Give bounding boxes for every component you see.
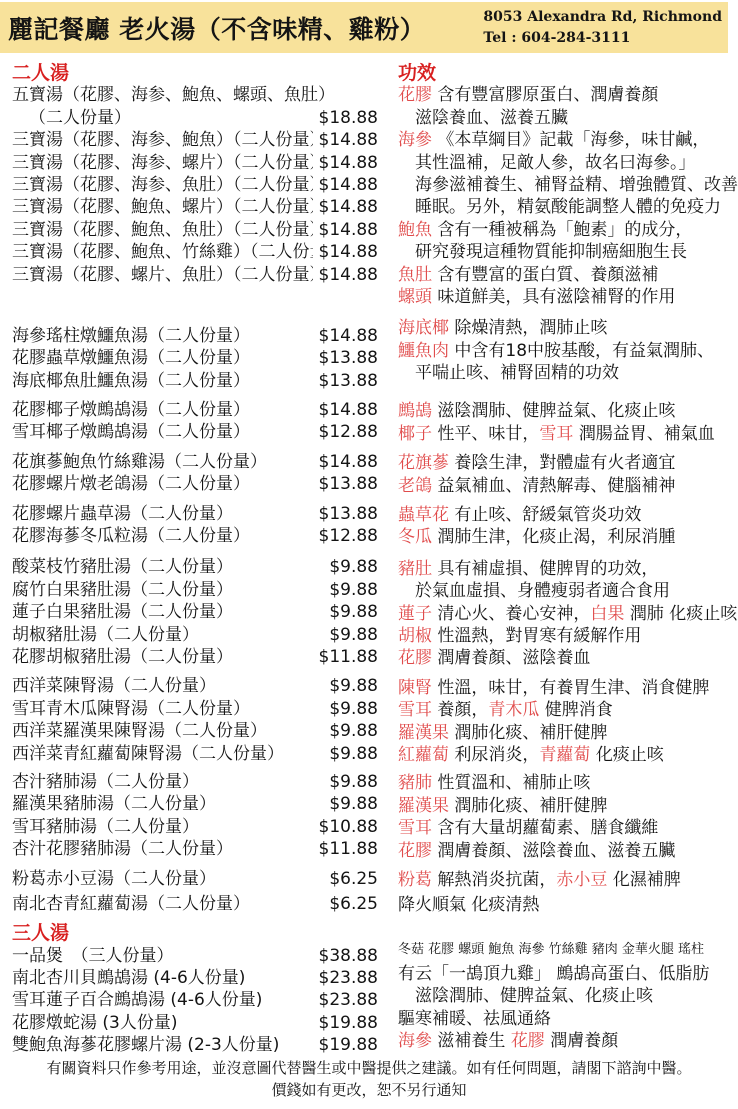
menu-page: 麗記餐廳 老火湯（不含味精、雞粉） 8053 Alexandra Rd, Ric… [0,0,738,1109]
menu-item-row: 三寶湯（花膠、鮑魚、螺片）（二人份量）$14.88 [12,196,378,218]
item-price: $14.88 [313,325,378,347]
item-name: 三寶湯（花膠、鮑魚、魚肚）（二人份量） [12,219,313,241]
item-price: $14.88 [313,152,378,174]
benefit-text: 潤膚養顏、滋陰養血 [437,648,590,668]
menu-item-row: 三寶湯（花膠、海参、鮑魚）（二人份量）$14.88 [12,129,378,151]
menu-item-row: 花膠螺片燉老鴿湯（二人份量）$13.88 [12,473,378,495]
ingredient-term: 老鴿 [398,476,437,496]
menu-item-row: 海參瑤柱燉鱷魚湯（二人份量）$14.88 [12,325,378,347]
benefit-row: 魚肚 含有豐富的蛋白質、養顏滋補 [398,264,736,286]
item-price: $9.88 [323,579,378,601]
ingredient-term: 青木瓜 [488,700,544,720]
benefit-text: 驅寒補暖、祛風通絡 [398,1009,551,1029]
item-name: 酸菜枝竹豬肚湯（二人份量） [12,556,233,578]
benefit-row: 研究發現這種物質能抑制癌細胞生長 [398,241,736,263]
benefit-row: 花膠 潤膚養顏、滋陰養血、滋養五臟 [398,840,736,862]
benefit-row: 羅漢果 潤肺化痰、補肝健脾 [398,795,736,817]
item-price: $6.25 [323,893,378,915]
item-name: 花膠螺片蟲草湯（二人份量） [12,503,233,525]
restaurant-address: 8053 Alexandra Rd, Richmond Tel : 604-28… [483,7,728,48]
disclaimer-line-2: 價錢如有更改，恕不另行通知 [0,1079,738,1101]
benefit-text: 潤肺化痰、補肝健脾 [454,723,607,743]
disclaimer-line-1: 有關資料只作參考用途，並沒意圖代替醫生或中醫提供之建議。如有任何問題，請閣下諮詢… [0,1057,738,1079]
section-heading: 功效 [398,62,736,84]
item-name: 羅漢果豬肺湯（二人份量） [12,793,216,815]
item-name: 一品煲 （三人份量） [12,945,174,967]
benefit-row: 降火順氣 化痰清熱 [398,894,736,916]
disclaimer-footer: 有關資料只作參考用途，並沒意圖代替醫生或中醫提供之建議。如有任何問題，請閣下諮詢… [0,1057,738,1101]
item-price: $12.88 [313,421,378,443]
ingredient-term: 胡椒 [398,626,437,646]
benefit-text: 滋陰養血、滋養五臟 [415,108,568,128]
benefit-text: 海參滋補養生、補腎益精、增強體質、改善 [415,175,738,195]
benefit-text: 潤膚養顏 [550,1031,618,1051]
ingredient-term: 鷓鴣 [398,401,437,421]
item-price: $14.88 [313,399,378,421]
menu-item-row: 花膠燉蛇湯 (3人份量)$19.88 [12,1012,378,1034]
item-price: $11.88 [313,646,378,668]
item-price: $23.88 [313,967,378,989]
item-name: 蓮子白果豬肚湯（二人份量） [12,601,233,623]
item-name: 南北杏川貝鷓鴣湯 (4-6人份量) [12,967,245,989]
benefit-row: 海參 滋補養生 花膠 潤膚養顏 [398,1030,736,1052]
item-price: $14.88 [313,129,378,151]
ingredient-term: 豬肺 [398,773,437,793]
benefit-row: 豬肺 性質溫和、補肺止咳 [398,772,736,794]
ingredient-term: 蓮子 [398,604,437,624]
menu-item-row: 酸菜枝竹豬肚湯（二人份量）$9.88 [12,556,378,578]
item-price: $19.88 [313,1012,378,1034]
menu-item-row: 五寶湯（花膠、海参、鮑魚、螺頭、魚肚） [12,84,378,106]
ingredient-term: 海參 [398,130,437,150]
item-price: $9.88 [323,556,378,578]
benefit-row: 於氣血虛損、身體瘦弱者適合食用 [398,580,736,602]
benefit-row: 花膠 含有豐富膠原蛋白、潤膚養顏 [398,84,736,106]
item-price: $13.88 [313,473,378,495]
item-name: 南北杏青紅蘿蔔湯（二人份量） [12,893,250,915]
menu-item-row: 西洋菜陳腎湯（二人份量）$9.88 [12,675,378,697]
item-name: 花膠海蔘冬瓜粒湯（二人份量） [12,525,250,547]
benefit-text: 於氣血虛損、身體瘦弱者適合食用 [415,581,670,601]
menu-item-row: 西洋菜青紅蘿蔔陳腎湯（二人份量）$9.88 [12,743,378,765]
ingredient-term: 花膠 [398,841,437,861]
item-price: $14.88 [313,174,378,196]
benefit-text: 含有一種被稱為「鮑素」的成分， [437,220,692,240]
benefit-text: 含有豐富膠原蛋白、潤膚養顏 [437,85,658,105]
ingredient-term: 羅漢果 [398,723,454,743]
ingredient-term: 赤小豆 [556,870,612,890]
benefit-row: 冬瓜 潤肺生津，化痰止渴，利尿消腫 [398,526,736,548]
menu-item-row: 花膠蟲草燉鱷魚湯（二人份量）$13.88 [12,347,378,369]
menu-item-row: 三寶湯（花膠、鮑魚、魚肚）（二人份量）$14.88 [12,219,378,241]
benefit-text: 具有補虛損、健脾胃的功效， [437,559,658,579]
item-price: $9.88 [323,601,378,623]
item-price: $9.88 [323,771,378,793]
item-price [372,84,378,106]
item-price: $14.88 [313,241,378,263]
item-price: $9.88 [323,743,378,765]
benefit-text: 滋補養生 [437,1031,510,1051]
menu-item-row: 花旗蔘鮑魚竹絲雞湯（二人份量）$14.88 [12,451,378,473]
benefit-text: 其性溫補，足敵人參，故名曰海參。」 [415,153,696,173]
benefit-row: 雪耳 含有大量胡蘿蔔素、膳食纖維 [398,817,736,839]
item-price: $12.88 [313,525,378,547]
item-name: 胡椒豬肚湯（二人份量） [12,624,199,646]
benefit-row: 蟲草花 有止咳、舒緩氣管炎功效 [398,504,736,526]
ingredient-term: 青蘿蔔 [539,745,595,765]
benefit-row: 蓮子 清心火、養心安神，白果 潤肺 化痰止咳 [398,603,736,625]
menu-item-row: 花膠海蔘冬瓜粒湯（二人份量）$12.88 [12,525,378,547]
benefit-row: 螺頭 味道鮮美，具有滋陰補腎的作用 [398,286,736,308]
benefit-text: 益氣補血、清熱解毒、健腦補神 [437,476,675,496]
item-price: $9.88 [323,624,378,646]
address-line: 8053 Alexandra Rd, Richmond [483,7,722,27]
benefit-text: 潤膚養顏、滋陰養血、滋養五臟 [437,841,675,861]
benefit-text: 潤肺 化痰止咳 [630,604,737,624]
benefit-row: 鮑魚 含有一種被稱為「鮑素」的成分， [398,219,736,241]
ingredient-term: 羅漢果 [398,796,454,816]
ingredient-term: 魚肚 [398,265,437,285]
benefit-text: 含有大量胡蘿蔔素、膳食纖維 [437,818,658,838]
item-price: $6.25 [323,868,378,890]
item-price: $13.88 [313,347,378,369]
menu-item-row: 一品煲 （三人份量）$38.88 [12,945,378,967]
ingredient-term: 椰子 [398,424,437,444]
ingredient-term: 雪耳 [398,700,437,720]
ingredient-term: 蟲草花 [398,505,454,525]
benefit-row: 羅漢果 潤肺化痰、補肝健脾 [398,722,736,744]
menu-item-row: 杏汁豬肺湯（二人份量）$9.88 [12,771,378,793]
item-name: 三寶湯（花膠、螺片、魚肚）（二人份量） [12,264,313,286]
menu-item-row: 花膠螺片蟲草湯（二人份量）$13.88 [12,503,378,525]
ingredient-term: 雪耳 [539,424,578,444]
menu-item-row: 南北杏青紅蘿蔔湯（二人份量）$6.25 [12,893,378,915]
benefit-text: 健脾消食 [545,700,613,720]
ingredient-term: 白果 [590,604,629,624]
menu-item-row: 三寶湯（花膠、海参、魚肚）（二人份量）$14.88 [12,174,378,196]
benefit-text: 《本草綱目》記載「海參，味甘鹹， [437,130,709,150]
menu-item-row: 腐竹白果豬肚湯（二人份量）$9.88 [12,579,378,601]
item-name: 花膠胡椒豬肚湯（二人份量） [12,646,233,668]
ingredient-term: 花膠 [398,648,437,668]
item-price: $19.88 [313,1034,378,1056]
header-band: 麗記餐廳 老火湯（不含味精、雞粉） 8053 Alexandra Rd, Ric… [0,2,728,53]
benefit-row: 有云「一鴣頂九雞」 鷓鴣高蛋白、低脂肪 [398,963,736,985]
menu-item-row: 蓮子白果豬肚湯（二人份量）$9.88 [12,601,378,623]
item-price: $10.88 [313,816,378,838]
phone-line: Tel : 604-284-3111 [483,28,722,48]
ingredient-term: 雪耳 [398,818,437,838]
item-price: $23.88 [313,989,378,1011]
item-price: $14.88 [313,196,378,218]
benefit-row: 椰子 性平、味甘，雪耳 潤腸益胃、補氣血 [398,423,736,445]
benefit-row: 花膠 潤膚養顏、滋陰養血 [398,647,736,669]
benefit-text: 潤腸益胃、補氣血 [579,424,715,444]
benefit-text: 平喘止咳、補腎固精的功效 [415,363,619,383]
item-price: $9.88 [323,720,378,742]
item-name: 花旗蔘鮑魚竹絲雞湯（二人份量） [12,451,267,473]
item-price: $14.88 [313,219,378,241]
benefit-row: 平喘止咳、補腎固精的功效 [398,362,736,384]
menu-item-row: 花膠胡椒豬肚湯（二人份量）$11.88 [12,646,378,668]
item-name: 海參瑤柱燉鱷魚湯（二人份量） [12,325,250,347]
benefit-row: 花旗蔘 養陰生津，對體虛有火者適宜 [398,452,736,474]
benefit-row: 冬菇 花膠 螺頭 鮑魚 海參 竹絲雞 豬肉 金華火腿 瑤柱 [398,939,736,961]
benefit-text: 化痰止咳 [596,745,664,765]
item-name: 三寶湯（花膠、海参、螺片）（二人份量） [12,152,313,174]
ingredient-term: 螺頭 [398,287,437,307]
benefit-text: 滋陰潤肺、健脾益氣、化痰止咳 [415,986,653,1006]
menu-item-row: 三寶湯（花膠、螺片、魚肚）（二人份量）$14.88 [12,264,378,286]
item-name: （二人份量） [29,107,131,129]
item-name: 西洋菜青紅蘿蔔陳腎湯（二人份量） [12,743,284,765]
benefit-row: 驅寒補暖、祛風通絡 [398,1008,736,1030]
menu-item-row: 羅漢果豬肺湯（二人份量）$9.88 [12,793,378,815]
ingredient-term: 豬肚 [398,559,437,579]
benefit-text: 化濕補脾 [613,870,681,890]
ingredient-term: 花旗蔘 [398,453,454,473]
benefit-row: 鷓鴣 滋陰潤肺、健脾益氣、化痰止咳 [398,400,736,422]
benefit-row: 海參滋補養生、補腎益精、增強體質、改善 [398,174,736,196]
item-price: $11.88 [313,838,378,860]
item-price: $9.88 [323,793,378,815]
menu-item-row: 雪耳蓮子百合鷓鴣湯 (4-6人份量)$23.88 [12,989,378,1011]
item-price: $13.88 [313,503,378,525]
item-name: 五寶湯（花膠、海参、鮑魚、螺頭、魚肚） [12,84,335,106]
ingredient-term: 海參 [398,1031,437,1051]
item-price: $13.88 [313,370,378,392]
benefit-row: 雪耳 養顏，青木瓜 健脾消食 [398,699,736,721]
menu-item-row: （二人份量）$18.88 [12,107,378,129]
restaurant-title: 麗記餐廳 老火湯（不含味精、雞粉） [0,10,425,46]
benefit-row: 粉葛 解熱消炎抗菌，赤小豆 化濕補脾 [398,869,736,891]
benefit-text: 潤肺生津，化痰止渴，利尿消腫 [437,527,675,547]
benefit-row: 豬肚 具有補虛損、健脾胃的功效， [398,558,736,580]
section-heading: 二人湯 [12,62,378,84]
benefit-text: 冬菇 花膠 螺頭 鮑魚 海參 竹絲雞 豬肉 金華火腿 瑤柱 [398,942,704,957]
benefit-text: 含有豐富的蛋白質、養顏滋補 [437,265,658,285]
item-name: 杏汁豬肺湯（二人份量） [12,771,199,793]
item-price: $14.88 [313,264,378,286]
menu-item-row: 三寶湯（花膠、鮑魚、竹絲雞）（二人份量）$14.88 [12,241,378,263]
ingredient-term: 花膠 [511,1031,550,1051]
benefit-row: 胡椒 性溫熱，對胃寒有緩解作用 [398,625,736,647]
item-name: 雪耳蓮子百合鷓鴣湯 (4-6人份量) [12,989,262,1011]
item-name: 雪耳豬肺湯（二人份量） [12,816,199,838]
item-name: 雪耳青木瓜陳腎湯（二人份量） [12,698,250,720]
item-price: $18.88 [313,107,378,129]
ingredient-term: 海底椰 [398,318,454,338]
item-price: $38.88 [313,945,378,967]
benefit-row: 海參 《本草綱目》記載「海參，味甘鹹， [398,129,736,151]
menu-item-row: 雙鮑魚海蔘花膠螺片湯 (2-3人份量)$19.88 [12,1034,378,1056]
benefit-text: 有云「一鴣頂九雞」 鷓鴣高蛋白、低脂肪 [398,964,709,984]
benefits-column: 功效花膠 含有豐富膠原蛋白、潤膚養顏滋陰養血、滋養五臟海參 《本草綱目》記載「海… [398,62,736,1053]
benefit-text: 除燥清熱，潤肺止咳 [454,318,607,338]
menu-item-row: 西洋菜羅漢果陳腎湯（二人份量）$9.88 [12,720,378,742]
benefit-text: 性溫熱，對胃寒有緩解作用 [437,626,641,646]
benefit-text: 滋陰潤肺、健脾益氣、化痰止咳 [437,401,675,421]
item-name: 雙鮑魚海蔘花膠螺片湯 (2-3人份量) [12,1034,279,1056]
item-name: 西洋菜陳腎湯（二人份量） [12,675,216,697]
benefit-row: 其性溫補，足敵人參，故名曰海參。」 [398,152,736,174]
benefit-text: 中含有18中胺基酸，有益氣潤肺、 [454,341,714,361]
menu-item-row: 粉葛赤小豆湯（二人份量）$6.25 [12,868,378,890]
ingredient-term: 鱷魚肉 [398,341,454,361]
item-price: $9.88 [323,698,378,720]
ingredient-term: 陳腎 [398,678,437,698]
ingredient-term: 紅蘿蔔 [398,745,454,765]
item-name: 三寶湯（花膠、海参、鮑魚）（二人份量） [12,129,313,151]
item-name: 花膠燉蛇湯 (3人份量) [12,1012,177,1034]
menu-item-row: 南北杏川貝鷓鴣湯 (4-6人份量)$23.88 [12,967,378,989]
ingredient-term: 粉葛 [398,870,437,890]
item-name: 海底椰魚肚鱷魚湯（二人份量） [12,370,250,392]
benefit-row: 海底椰 除燥清熱，潤肺止咳 [398,317,736,339]
benefit-text: 性溫，味甘，有養胃生津、消食健脾 [437,678,709,698]
ingredient-term: 花膠 [398,85,437,105]
ingredient-term: 冬瓜 [398,527,437,547]
item-name: 花膠蟲草燉鱷魚湯（二人份量） [12,347,250,369]
benefit-row: 滋陰潤肺、健脾益氣、化痰止咳 [398,985,736,1007]
benefit-text: 清心火、養心安神， [437,604,590,624]
benefit-text: 性質溫和、補肺止咳 [437,773,590,793]
benefit-text: 性平、味甘， [437,424,539,444]
benefit-text: 味道鮮美，具有滋陰補腎的作用 [437,287,675,307]
benefit-text: 潤肺化痰、補肝健脾 [454,796,607,816]
benefit-text: 有止咳、舒緩氣管炎功效 [454,505,641,525]
benefit-text: 研究發現這種物質能抑制癌細胞生長 [415,242,687,262]
benefit-row: 紅蘿蔔 利尿消炎，青蘿蔔 化痰止咳 [398,744,736,766]
benefit-row: 鱷魚肉 中含有18中胺基酸，有益氣潤肺、 [398,340,736,362]
benefit-text: 降火順氣 化痰清熱 [398,895,539,915]
item-price: $9.88 [323,675,378,697]
benefit-row: 睡眠。另外，精氨酸能調整人體的免疫力 [398,196,736,218]
benefit-text: 睡眠。另外，精氨酸能調整人體的免疫力 [415,197,721,217]
item-name: 杏汁花膠豬肺湯（二人份量） [12,838,233,860]
menu-item-row: 花膠椰子燉鷓鴣湯（二人份量）$14.88 [12,399,378,421]
item-name: 三寶湯（花膠、鮑魚、竹絲雞）（二人份量） [12,241,313,263]
menu-item-row: 雪耳青木瓜陳腎湯（二人份量）$9.88 [12,698,378,720]
benefit-text: 利尿消炎， [454,745,539,765]
item-name: 西洋菜羅漢果陳腎湯（二人份量） [12,720,267,742]
benefit-row: 陳腎 性溫，味甘，有養胃生津、消食健脾 [398,677,736,699]
item-name: 花膠椰子燉鷓鴣湯（二人份量） [12,399,250,421]
menu-item-row: 杏汁花膠豬肺湯（二人份量）$11.88 [12,838,378,860]
item-name: 三寶湯（花膠、海参、魚肚）（二人份量） [12,174,313,196]
menu-item-row: 雪耳豬肺湯（二人份量）$10.88 [12,816,378,838]
benefit-text: 養陰生津，對體虛有火者適宜 [454,453,675,473]
menu-item-row: 海底椰魚肚鱷魚湯（二人份量）$13.88 [12,370,378,392]
item-price: $14.88 [313,451,378,473]
item-name: 腐竹白果豬肚湯（二人份量） [12,579,233,601]
menu-item-row: 胡椒豬肚湯（二人份量）$9.88 [12,624,378,646]
item-name: 花膠螺片燉老鴿湯（二人份量） [12,473,250,495]
ingredient-term: 鮑魚 [398,220,437,240]
item-name: 三寶湯（花膠、鮑魚、螺片）（二人份量） [12,196,313,218]
benefit-row: 老鴿 益氣補血、清熱解毒、健腦補神 [398,475,736,497]
benefit-row: 滋陰養血、滋養五臟 [398,107,736,129]
item-name: 粉葛赤小豆湯（二人份量） [12,868,216,890]
soup-price-column: 二人湯五寶湯（花膠、海参、鮑魚、螺頭、魚肚）（二人份量）$18.88三寶湯（花膠… [12,62,378,1057]
menu-item-row: 雪耳椰子燉鷓鴣湯（二人份量）$12.88 [12,421,378,443]
benefit-text: 養顏， [437,700,488,720]
benefit-text: 解熱消炎抗菌， [437,870,556,890]
item-name: 雪耳椰子燉鷓鴣湯（二人份量） [12,421,250,443]
section-heading: 三人湯 [12,922,378,944]
menu-item-row: 三寶湯（花膠、海参、螺片）（二人份量）$14.88 [12,152,378,174]
